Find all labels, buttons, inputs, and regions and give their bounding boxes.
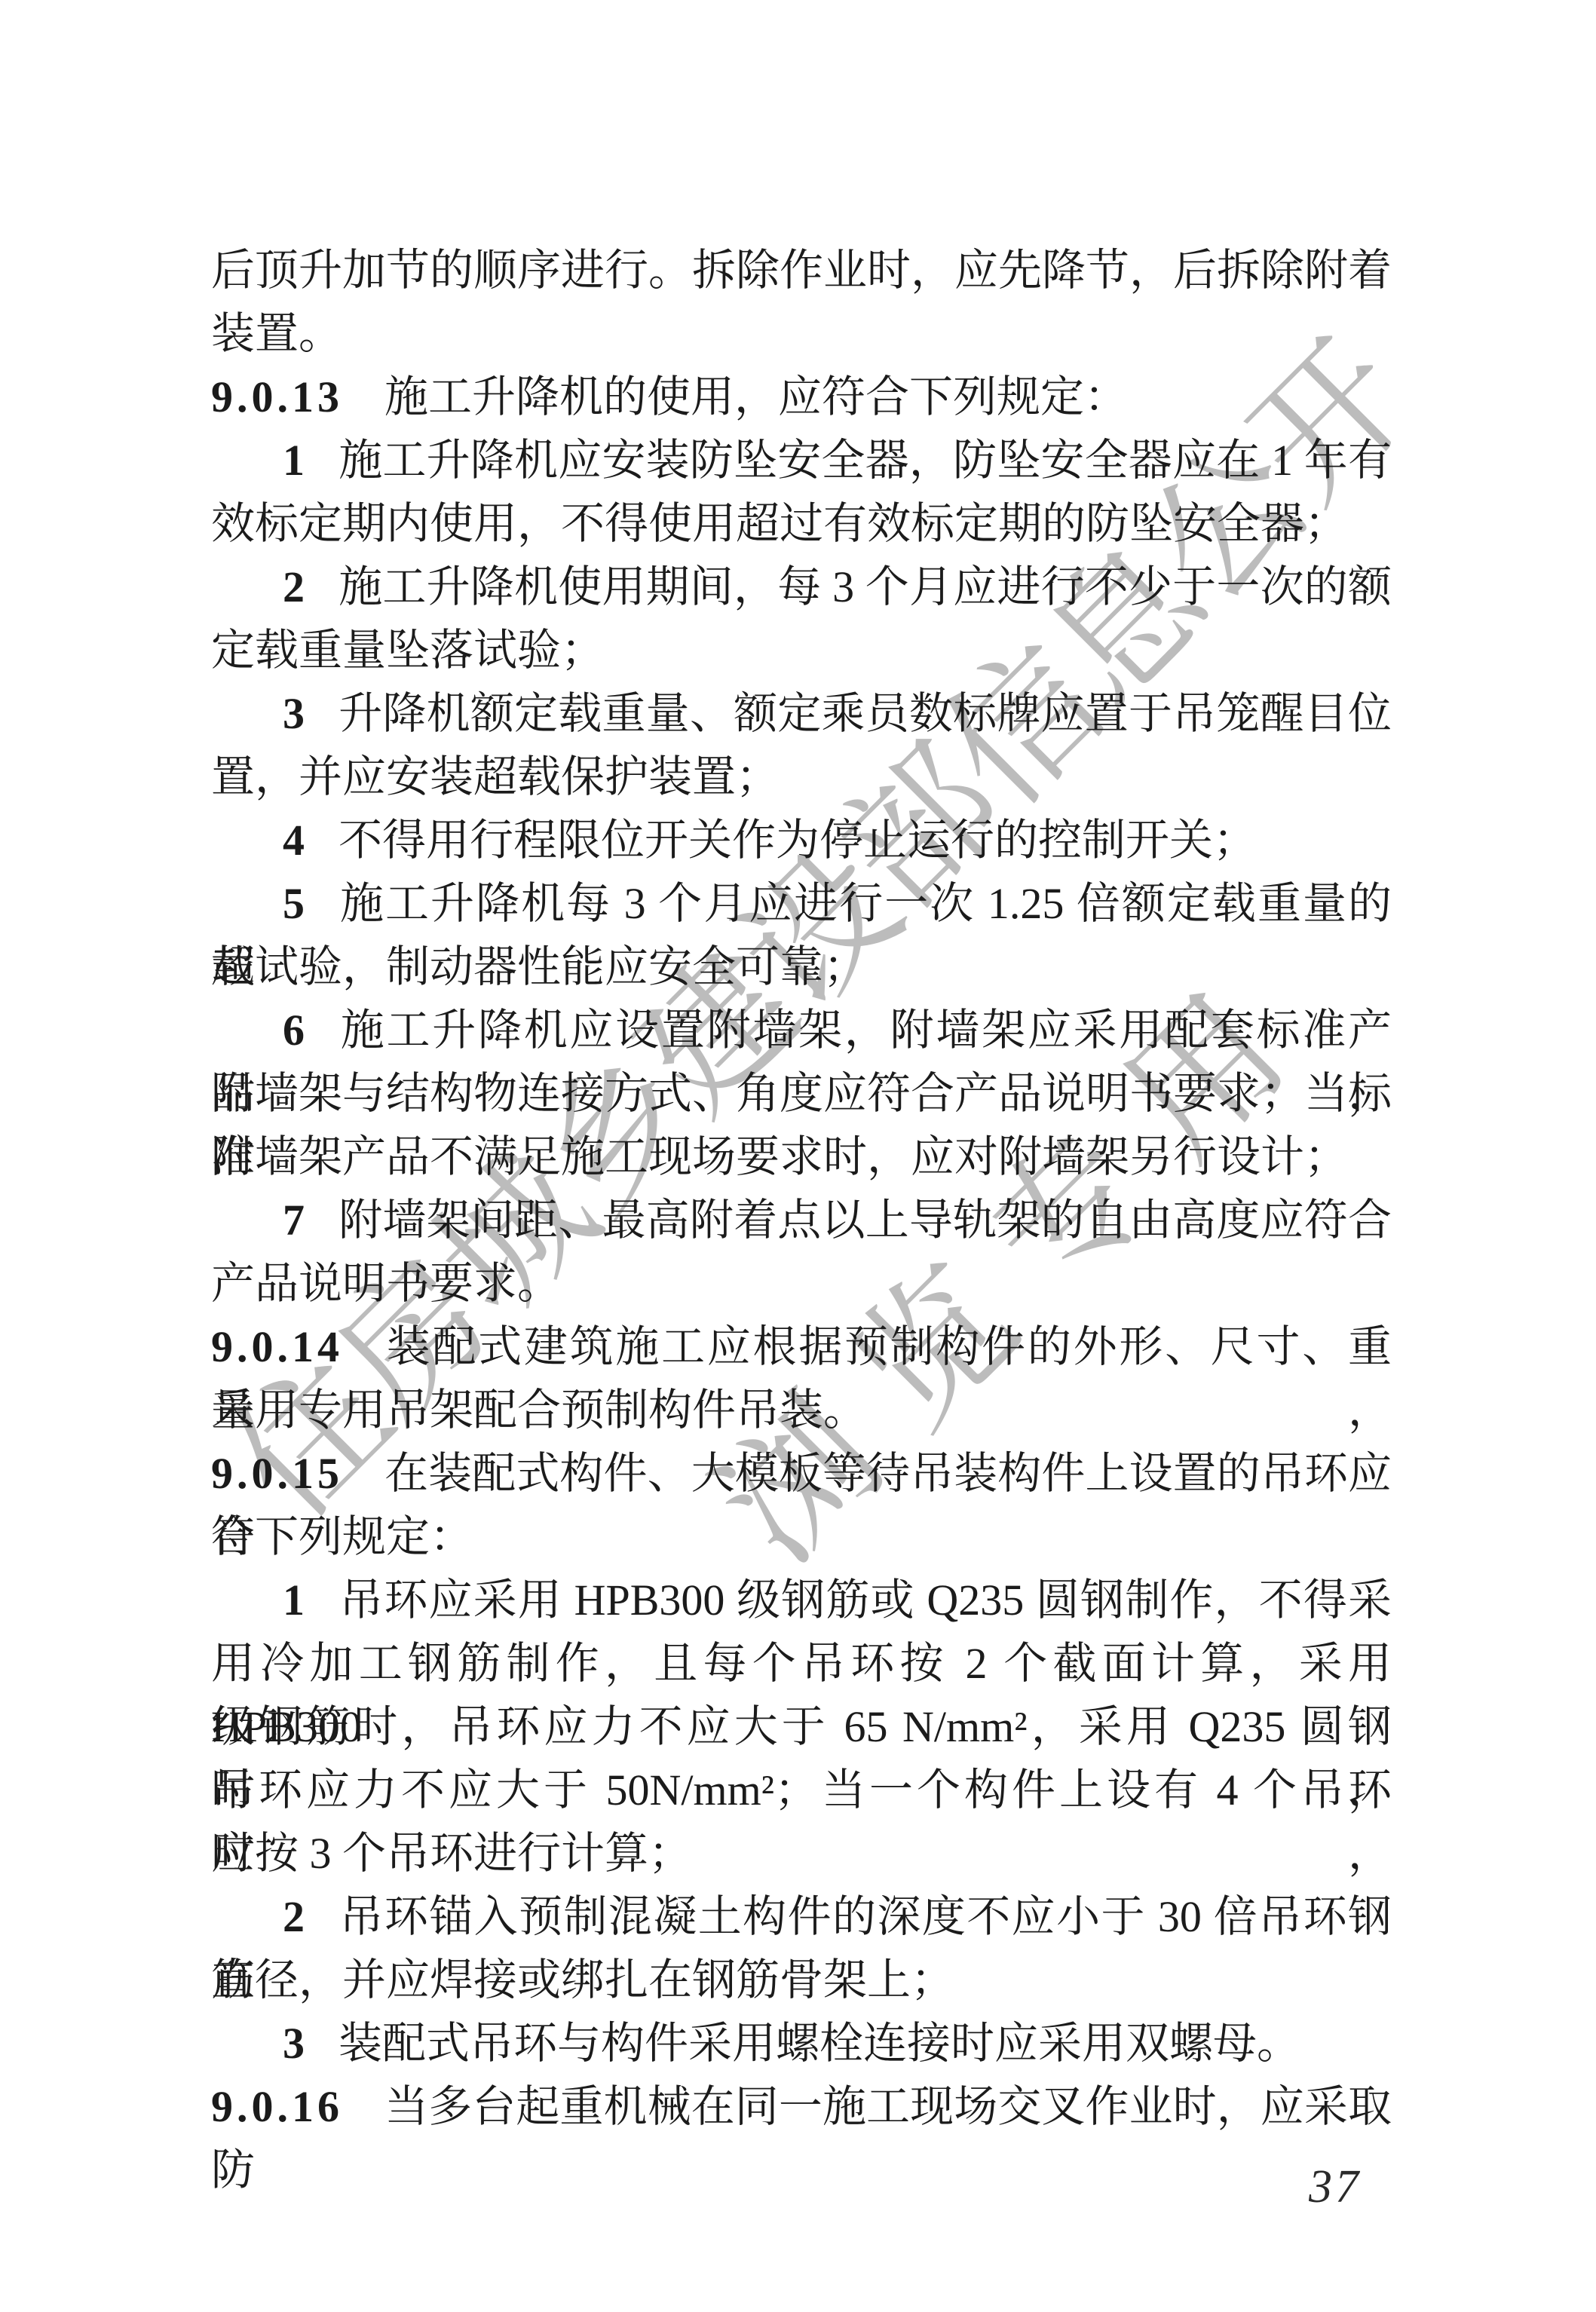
item-line: 6施工升降机应设置附墙架，附墙架应采用配套标准产品，: [211, 999, 1392, 1062]
item-number: 7: [283, 1196, 305, 1245]
text-line: 级钢筋时，吊环应力不应大于 65 N/mm²，采用 Q235 圆钢时，: [211, 1695, 1392, 1759]
clause-number: 9.0.16: [211, 2082, 343, 2131]
clause-number: 9.0.15: [211, 1449, 343, 1498]
text-line: 后顶升加节的顺序进行。拆除作业时，应先降节，后拆除附着: [211, 239, 1392, 302]
line-text: 施工升降机使用期间，每 3 个月应进行不少于一次的额: [338, 562, 1392, 611]
item-line: 7附墙架间距、最高附着点以上导轨架的自由高度应符合: [211, 1189, 1392, 1252]
line-text: 施工升降机应安装防坠安全器，防坠安全器应在 1 年有: [338, 436, 1392, 485]
item-line: 2施工升降机使用期间，每 3 个月应进行不少于一次的额: [211, 556, 1392, 619]
text-line: 产品说明书要求。: [211, 1252, 1392, 1315]
line-text: 装配式吊环与构件采用螺栓连接时应采用双螺母。: [338, 2019, 1300, 2068]
item-line: 4不得用行程限位开关作为停止运行的控制开关；: [211, 809, 1392, 872]
text-line: 合下列规定：: [211, 1505, 1392, 1569]
line-text: 定载重量坠落试验；: [211, 626, 605, 675]
item-number: 6: [283, 1006, 305, 1055]
text-line: 直径，并应焊接或绑扎在钢筋骨架上；: [211, 1949, 1392, 2012]
item-number: 4: [283, 816, 305, 865]
clause-line: 9.0.14装配式建筑施工应根据预制构件的外形、尺寸、重量，: [211, 1315, 1392, 1379]
clause-line: 9.0.16当多台起重机械在同一施工现场交叉作业时，应采取防: [211, 2075, 1392, 2139]
line-text: 效标定期内使用，不得使用超过有效标定期的防坠安全器；: [211, 499, 1348, 548]
item-number: 1: [283, 436, 305, 485]
line-text: 当多台起重机械在同一施工现场交叉作业时，应采取防: [211, 2082, 1392, 2194]
item-number: 2: [283, 1892, 305, 1941]
text-line: 定载重量坠落试验；: [211, 619, 1392, 682]
line-text: 合下列规定：: [211, 1512, 473, 1561]
document-page: 住房城乡建设部信息公开 浏览专用 后顶升加节的顺序进行。拆除作业时，应先降节，后…: [0, 0, 1596, 2312]
line-text: 后顶升加节的顺序进行。拆除作业时，应先降节，后拆除附着: [211, 246, 1392, 295]
line-text: 附墙架间距、最高附着点以上导轨架的自由高度应符合: [338, 1196, 1392, 1245]
line-text: 产品说明书要求。: [211, 1259, 561, 1308]
item-number: 5: [283, 879, 305, 928]
text-line: 用冷加工钢筋制作，且每个吊环按 2 个截面计算，采用 HPB300: [211, 1632, 1392, 1695]
text-block: 后顶升加节的顺序进行。拆除作业时，应先降节，后拆除附着 装置。 9.0.13施工…: [211, 239, 1392, 2139]
line-text: 载试验，制动器性能应安全可靠；: [211, 942, 867, 991]
clause-line: 9.0.13施工升降机的使用，应符合下列规定：: [211, 366, 1392, 429]
item-line: 1施工升降机应安装防坠安全器，防坠安全器应在 1 年有: [211, 429, 1392, 492]
text-line: 吊环应力不应大于 50N/mm²；当一个构件上设有 4 个吊环时，: [211, 1759, 1392, 1822]
text-line: 装置。: [211, 302, 1392, 366]
text-line: 置，并应安装超载保护装置；: [211, 746, 1392, 809]
item-line: 3装配式吊环与构件采用螺栓连接时应采用双螺母。: [211, 2012, 1392, 2075]
page-number: 37: [1309, 2160, 1362, 2213]
item-number: 3: [283, 689, 305, 738]
clause-line: 9.0.15在装配式构件、大模板等待吊装构件上设置的吊环应符: [211, 1442, 1392, 1505]
clause-number: 9.0.14: [211, 1322, 343, 1371]
line-text: 附墙架产品不满足施工现场要求时，应对附墙架另行设计；: [211, 1132, 1348, 1181]
item-number: 2: [283, 562, 305, 611]
line-text: 装置。: [211, 309, 342, 358]
clause-number: 9.0.13: [211, 372, 343, 421]
text-line: 效标定期内使用，不得使用超过有效标定期的防坠安全器；: [211, 492, 1392, 556]
item-line: 2吊环锚入预制混凝土构件的深度不应小于 30 倍吊环钢筋: [211, 1885, 1392, 1949]
line-text: 施工升降机的使用，应符合下列规定：: [384, 372, 1128, 421]
item-line: 3升降机额定载重量、额定乘员数标牌应置于吊笼醒目位: [211, 682, 1392, 746]
item-line: 5施工升降机每 3 个月应进行一次 1.25 倍额定载重量的超: [211, 872, 1392, 936]
line-text: 吊环应采用 HPB300 级钢筋或 Q235 圆钢制作，不得采: [338, 1576, 1392, 1625]
line-text: 采用专用吊架配合预制构件吊装。: [211, 1386, 867, 1435]
text-line: 载试验，制动器性能应安全可靠；: [211, 936, 1392, 999]
text-line: 附墙架与结构物连接方式、角度应符合产品说明书要求；当标准: [211, 1062, 1392, 1125]
line-text: 不得用行程限位开关作为停止运行的控制开关；: [338, 816, 1257, 865]
line-text: 置，并应安装超载保护装置；: [211, 752, 780, 801]
line-text: 升降机额定载重量、额定乘员数标牌应置于吊笼醒目位: [338, 689, 1392, 738]
line-text: 直径，并应焊接或绑扎在钢筋骨架上；: [211, 1955, 954, 2004]
item-number: 1: [283, 1576, 305, 1625]
item-number: 3: [283, 2019, 305, 2068]
line-text: 应按 3 个吊环进行计算；: [211, 1829, 692, 1878]
text-line: 附墙架产品不满足施工现场要求时，应对附墙架另行设计；: [211, 1125, 1392, 1189]
item-line: 1吊环应采用 HPB300 级钢筋或 Q235 圆钢制作，不得采: [211, 1569, 1392, 1632]
